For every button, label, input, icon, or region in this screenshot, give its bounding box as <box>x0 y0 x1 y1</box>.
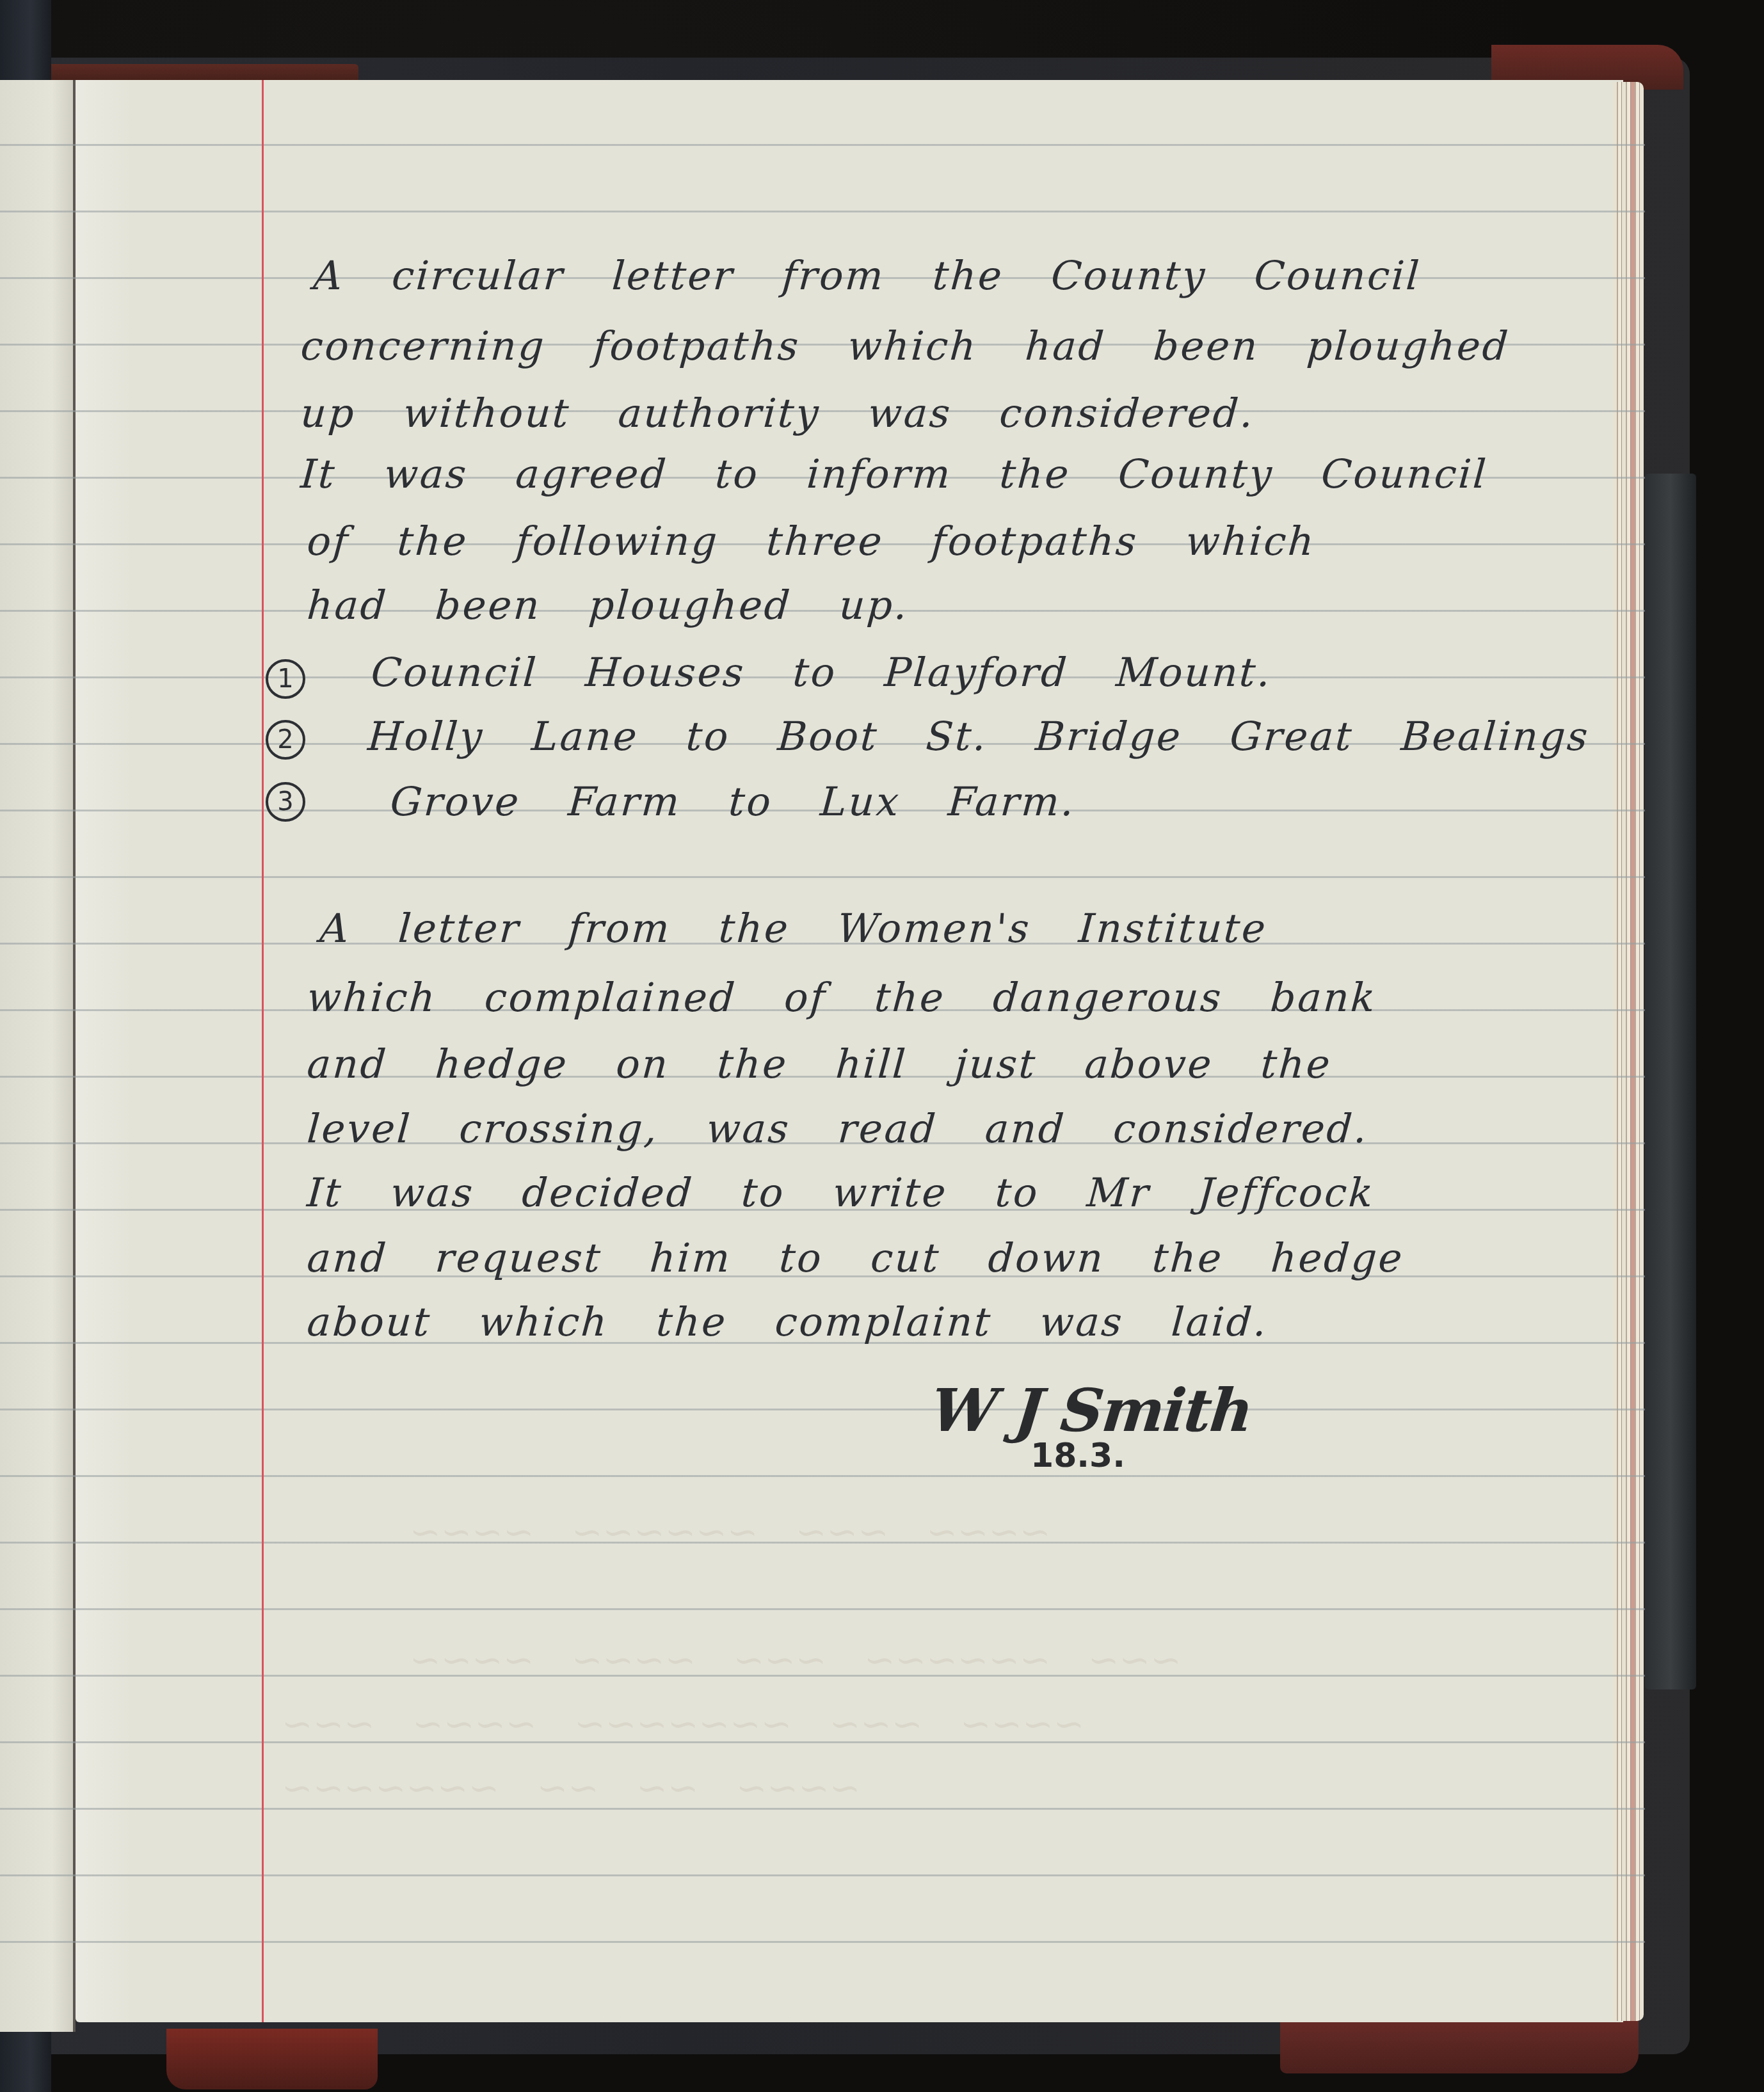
handwritten-line: concerning footpaths which had been plou… <box>300 326 1511 366</box>
page-edge-stack <box>1613 82 1644 2021</box>
cover-worn-edge-bottom-left <box>166 2029 378 2089</box>
torn-binding-cloth <box>1645 474 1696 1689</box>
circled-number: 2 <box>266 720 305 760</box>
circled-number: 3 <box>266 782 305 822</box>
list-item-text: Holly Lane to Boot St. Bridge Great Beal… <box>367 717 1591 756</box>
signature-date: 18.3. <box>1030 1437 1125 1475</box>
list-item-text: Council Houses to Playford Mount. <box>370 653 1274 692</box>
handwritten-line: about which the complaint was laid. <box>306 1302 1270 1342</box>
handwritten-line: of the following three footpaths which <box>306 522 1317 561</box>
circled-number: 1 <box>266 659 305 699</box>
signature: W J Smith <box>927 1376 1255 1445</box>
red-margin-rule <box>262 80 264 2022</box>
handwritten-line: It was agreed to inform the County Counc… <box>300 454 1489 494</box>
handwritten-line: level crossing, was read and considered. <box>306 1109 1370 1149</box>
bleed-through-text: ~~~~ ~~~ ~~~~~~ ~~~~ <box>410 1510 1050 1554</box>
bleed-through-text: ~~~~ ~~~ ~~~~~~~ ~~~~ ~~~ <box>282 1702 1084 1746</box>
handwritten-line: A circular letter from the County Counci… <box>312 256 1422 296</box>
handwritten-line: It was decided to write to Mr Jeffcock <box>306 1173 1376 1213</box>
handwritten-line: which complained of the dangerous bank <box>306 978 1378 1018</box>
handwritten-line: A letter from the Women's Institute <box>319 909 1269 948</box>
handwritten-line: and request him to cut down the hedge <box>306 1238 1406 1278</box>
bleed-through-text: ~~~ ~~~~~~ ~~~ ~~~~ ~~~~ <box>410 1638 1182 1682</box>
handwritten-line: had been ploughed up. <box>306 586 910 625</box>
bleed-through-text: ~~~~ ~~ ~~ ~~~~~~~ <box>282 1766 860 1810</box>
handwritten-line: up without authority was considered. <box>300 394 1256 433</box>
cover-worn-edge-bottom-right <box>1280 2016 1639 2073</box>
red-page-edge <box>1631 82 1635 2021</box>
list-item-text: Grove Farm to Lux Farm. <box>389 782 1077 822</box>
handwritten-line: and hedge on the hill just above the <box>306 1044 1333 1084</box>
left-page-slice <box>0 80 74 2032</box>
